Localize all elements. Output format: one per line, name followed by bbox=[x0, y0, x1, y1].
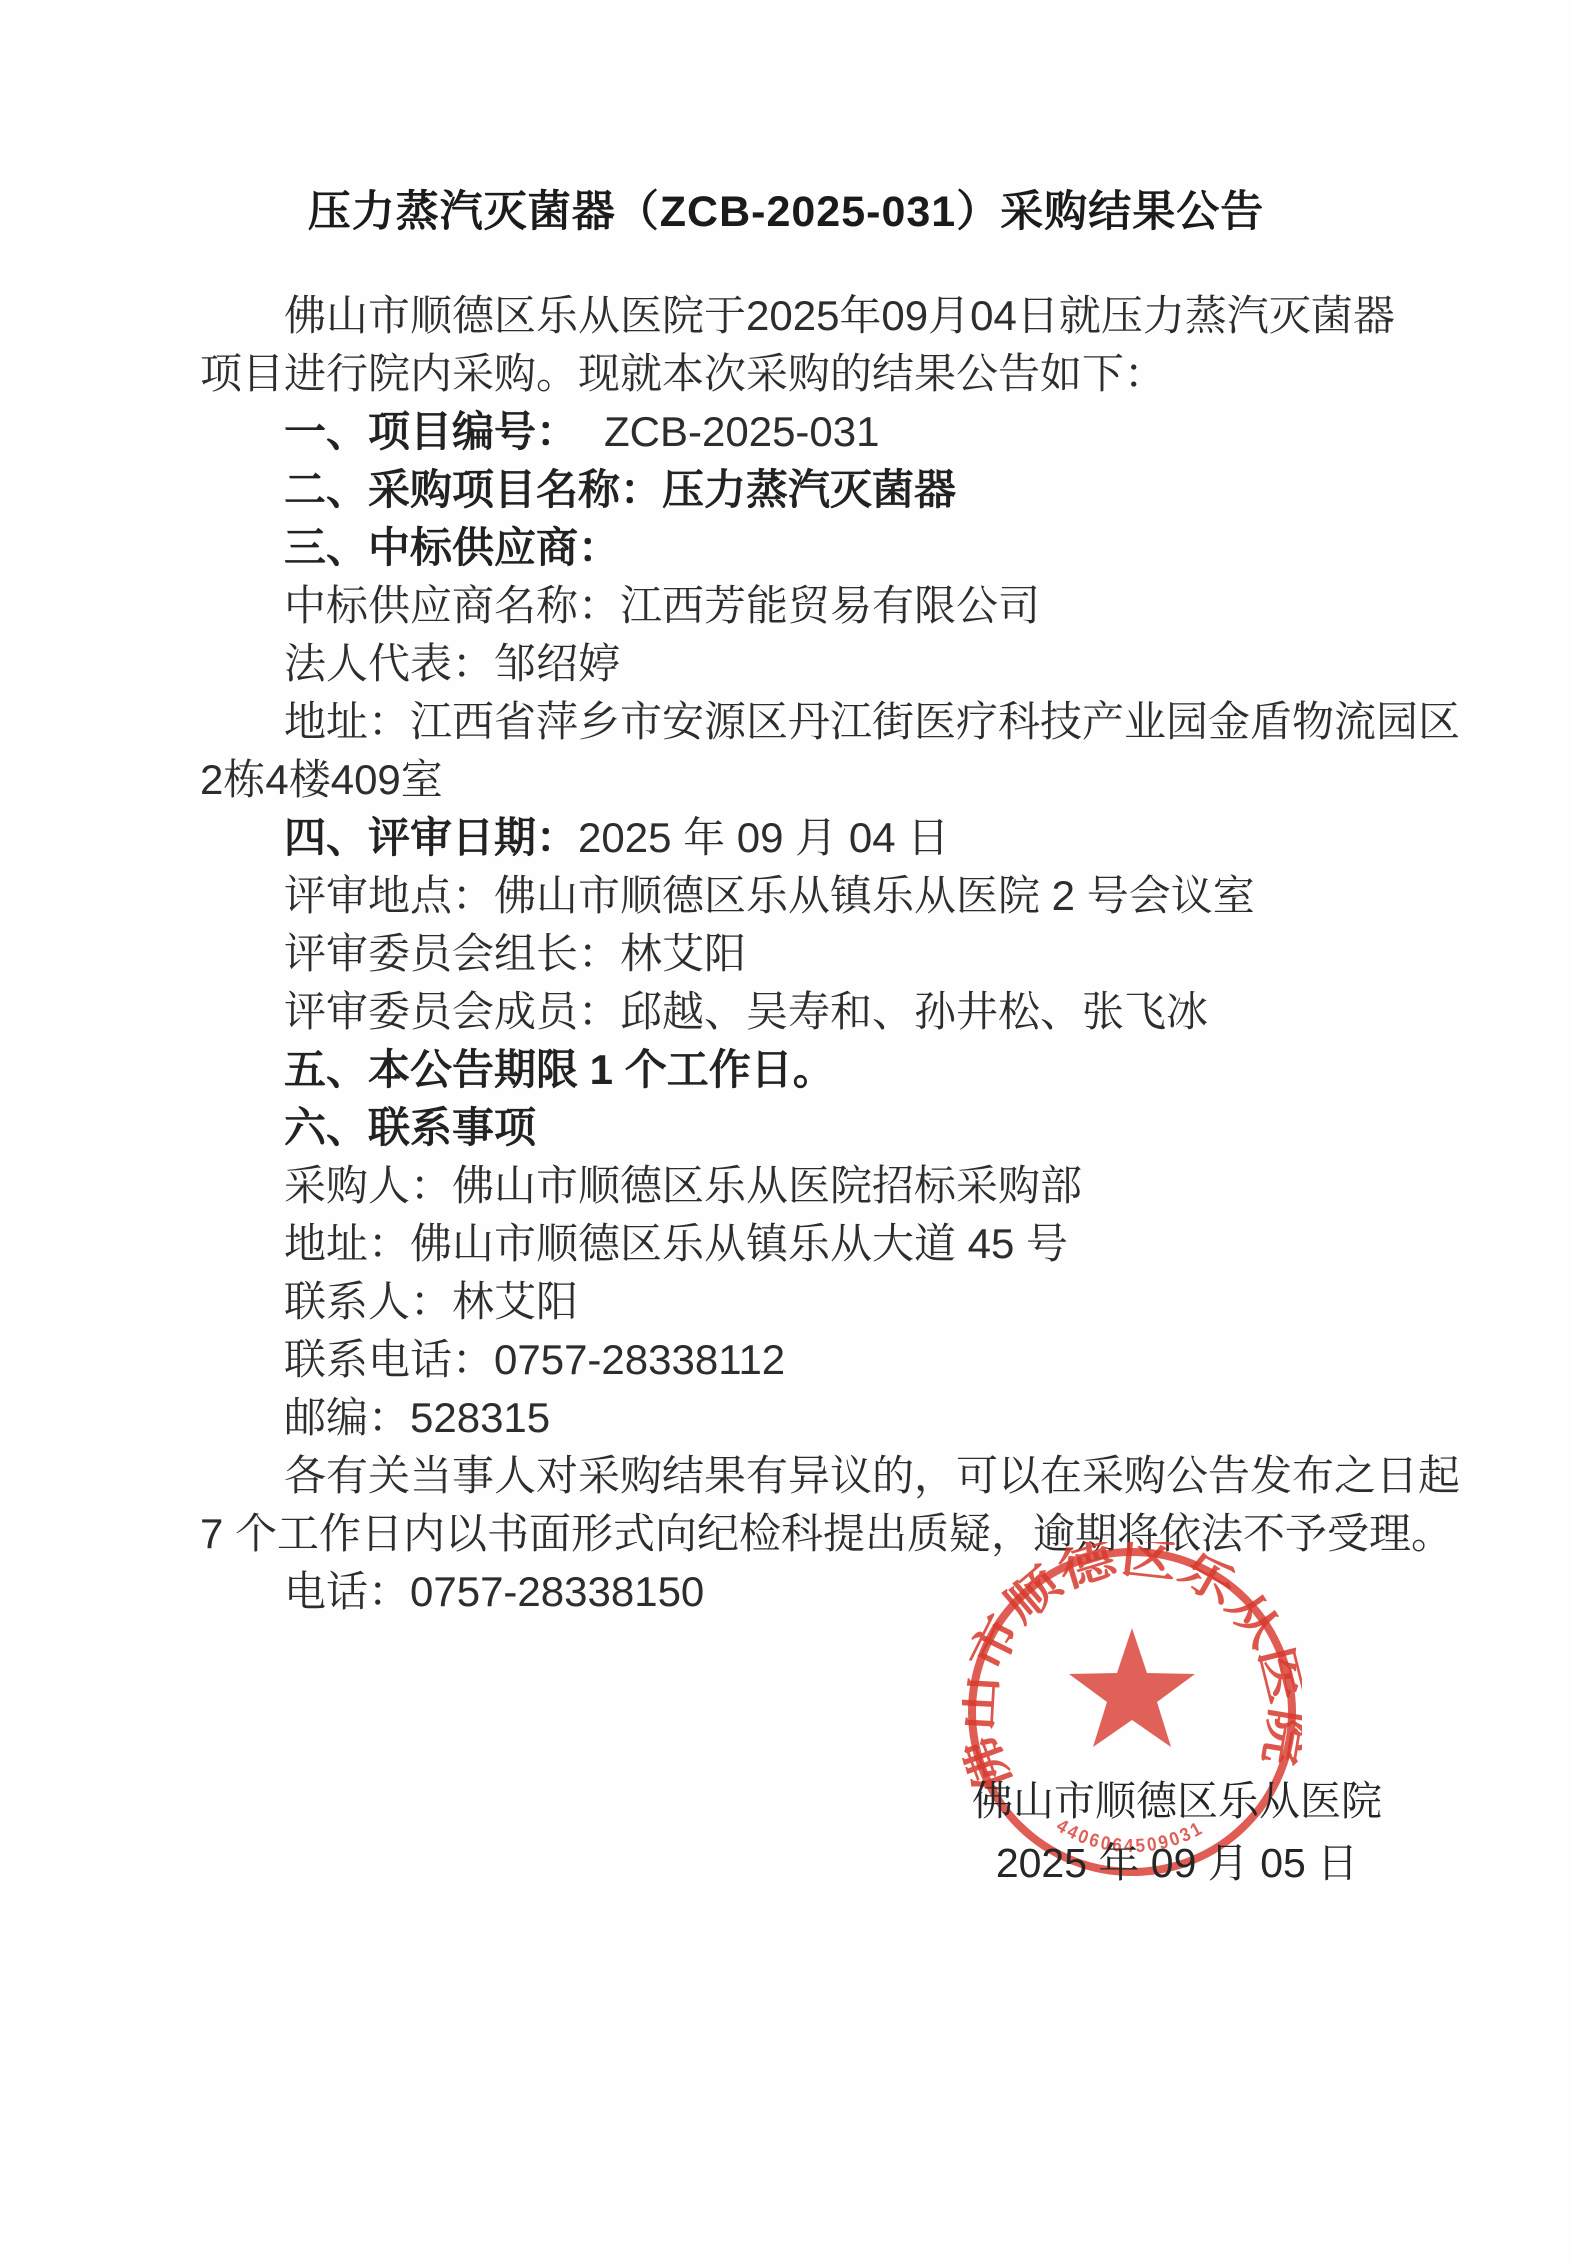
line-objection-notice-1: 各有关当事人对采购结果有异议的，可以在采购公告发布之日起 bbox=[200, 1447, 1442, 1505]
intro-line-1: 佛山市顺德区乐从医院于2025年09月04日就压力蒸汽灭菌器 bbox=[200, 287, 1442, 345]
signature-date: 2025 年 09 月 05 日 bbox=[952, 1832, 1402, 1894]
signature-organization: 佛山市顺德区乐从医院 bbox=[952, 1770, 1402, 1832]
line-review-place: 评审地点：佛山市顺德区乐从镇乐从医院 2 号会议室 bbox=[200, 867, 1442, 925]
page-title: 压力蒸汽灭菌器（ZCB-2025-031）采购结果公告 bbox=[0, 0, 1572, 239]
line-postcode: 邮编：528315 bbox=[200, 1389, 1442, 1447]
seal-star-icon bbox=[1069, 1628, 1195, 1747]
line-objection-notice-2: 7 个工作日内以书面形式向纪检科提出质疑，逾期将依法不予受理。 bbox=[200, 1505, 1442, 1563]
line-contact-person: 联系人：林艾阳 bbox=[200, 1273, 1442, 1331]
intro-line-2: 项目进行院内采购。现就本次采购的结果公告如下： bbox=[200, 345, 1442, 403]
line-review-date-value: 2025 年 09 月 04 日 bbox=[578, 814, 949, 861]
line-purchaser: 采购人：佛山市顺德区乐从医院招标采购部 bbox=[200, 1157, 1442, 1215]
scanned-document-page: 压力蒸汽灭菌器（ZCB-2025-031）采购结果公告 佛山市顺德区乐从医院于2… bbox=[0, 0, 1572, 2266]
line-review-committee-members: 评审委员会成员：邱越、吴寿和、孙井松、张飞冰 bbox=[200, 983, 1442, 1041]
line-supplier-address-1: 地址：江西省萍乡市安源区丹江街医疗科技产业园金盾物流园区 bbox=[200, 693, 1442, 751]
document-body: 佛山市顺德区乐从医院于2025年09月04日就压力蒸汽灭菌器 项目进行院内采购。… bbox=[0, 287, 1572, 1621]
line-contact-heading: 六、联系事项 bbox=[200, 1099, 1442, 1157]
line-announcement-period: 五、本公告期限 1 个工作日。 bbox=[200, 1041, 1442, 1099]
line-winning-supplier-heading: 三、中标供应商： bbox=[200, 519, 1442, 577]
line-supplier-name: 中标供应商名称：江西芳能贸易有限公司 bbox=[200, 577, 1442, 635]
line-legal-representative: 法人代表：邹绍婷 bbox=[200, 635, 1442, 693]
line-review-date-label: 四、评审日期： bbox=[284, 814, 578, 861]
line-discipline-phone: 电话：0757-28338150 bbox=[200, 1563, 1442, 1621]
line-supplier-address-2: 2栋4楼409室 bbox=[200, 751, 1442, 809]
line-project-name: 二、采购项目名称：压力蒸汽灭菌器 bbox=[200, 461, 1442, 519]
line-contact-phone: 联系电话：0757-28338112 bbox=[200, 1331, 1442, 1389]
signature-block: 佛山市顺德区乐从医院 2025 年 09 月 05 日 bbox=[952, 1770, 1402, 1894]
line-purchaser-address: 地址：佛山市顺德区乐从镇乐从大道 45 号 bbox=[200, 1215, 1442, 1273]
line-project-number-label: 一、项目编号： bbox=[284, 408, 578, 455]
line-review-committee-chair: 评审委员会组长：林艾阳 bbox=[200, 925, 1442, 983]
line-project-number-value: ZCB-2025-031 bbox=[604, 408, 879, 455]
line-project-number: 一、项目编号：ZCB-2025-031 bbox=[200, 403, 1442, 461]
line-review-date: 四、评审日期：2025 年 09 月 04 日 bbox=[200, 809, 1442, 867]
